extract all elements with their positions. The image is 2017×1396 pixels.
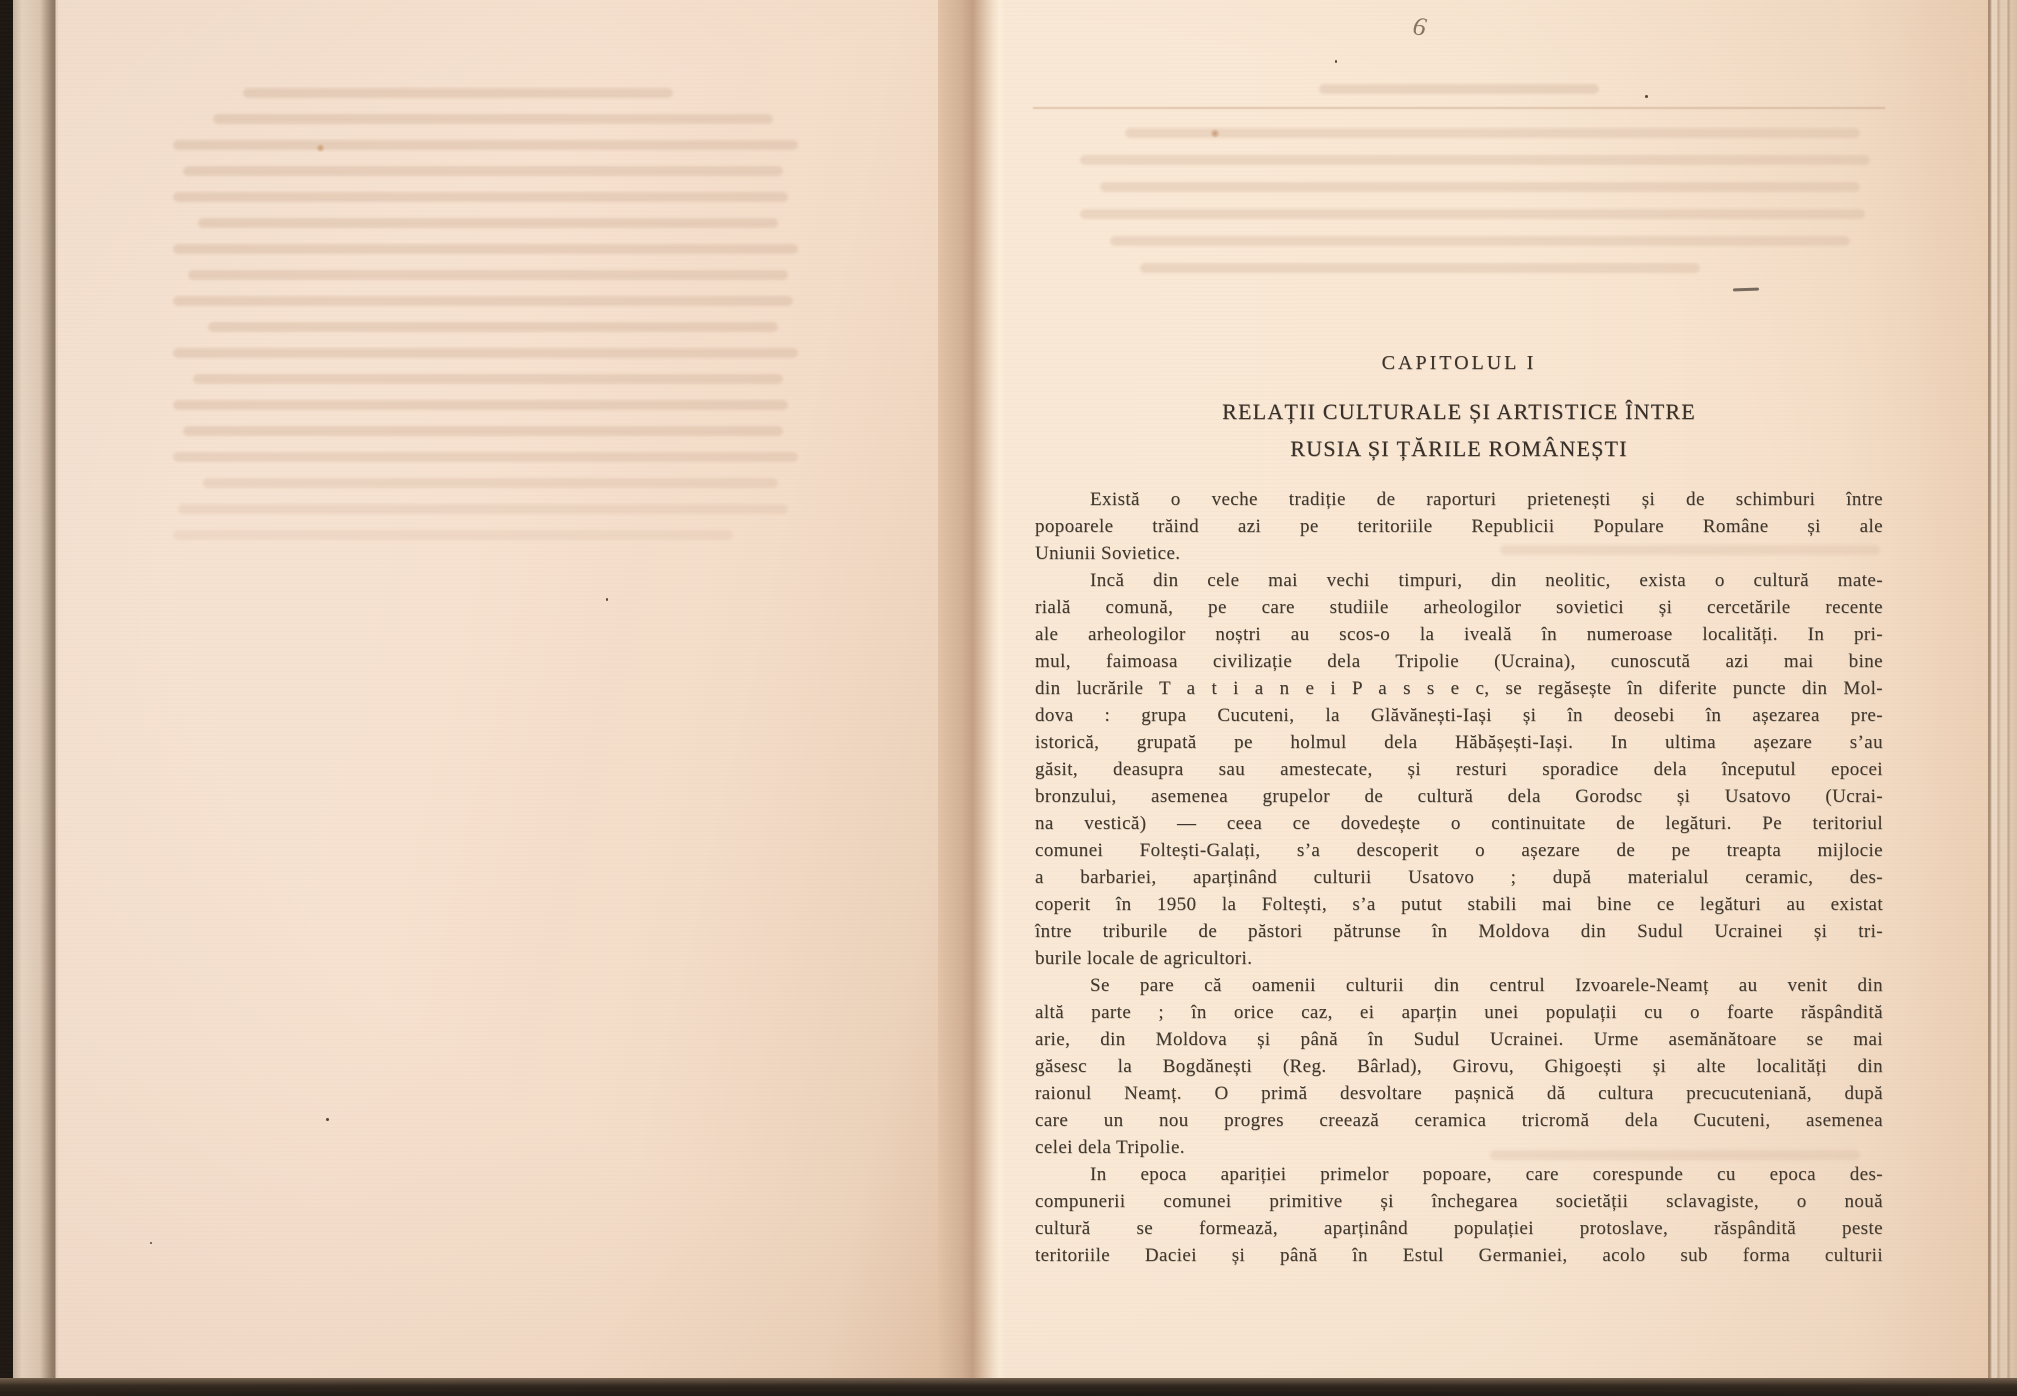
text-line: coperit în 1950 la Foltești, s’a putut s…	[1035, 891, 1883, 918]
paper-speck	[326, 1118, 329, 1121]
bleed-through-line	[1125, 128, 1860, 138]
text-line: care un nou progres creează ceramica tri…	[1035, 1107, 1883, 1134]
text-line: compunerii comunei primitive și închegar…	[1035, 1188, 1883, 1215]
bleed-through-line	[173, 400, 788, 410]
bleed-through-line	[1080, 209, 1865, 219]
bleed-through-line	[188, 270, 788, 280]
text-line: celei dela Tripolie.	[1035, 1134, 1883, 1161]
text-line: na vestică) — ceea ce dovedește o contin…	[1035, 810, 1883, 837]
foxing-spot	[1210, 129, 1220, 138]
text-line: Incă din cele mai vechi timpuri, din neo…	[1035, 567, 1883, 594]
bleed-through-header	[1035, 84, 1883, 94]
bleed-through-line	[183, 166, 783, 176]
pencil-dash-mark	[1733, 288, 1759, 292]
text-line: comunei Foltești-Galați, s’a descoperit …	[1035, 837, 1883, 864]
bleed-through-line	[173, 348, 798, 358]
paper-speck	[150, 1242, 152, 1244]
text-line: din lucrările T a t i a n e i P a s s e …	[1035, 675, 1883, 702]
scan-edge-bottom	[0, 1378, 2017, 1396]
bleed-through-line	[173, 244, 798, 254]
text-line: dova : grupa Cucuteni, la Glăvănești-Iaș…	[1035, 702, 1883, 729]
bleed-through-text-right	[1080, 128, 1880, 290]
text-line: ale arheologilor noștri au scos-o la ive…	[1035, 621, 1883, 648]
text-line: mul, faimoasa civilizație dela Tripolie …	[1035, 648, 1883, 675]
scanned-book-spread: 6 CAPITOLUL I RELAȚII CULTURALE ȘI ARTIS…	[0, 0, 2017, 1396]
bleed-through-line	[203, 478, 778, 488]
book-title-line2: RUSIA ȘI ȚĂRILE ROMÂNEȘTI	[1035, 436, 1883, 462]
scan-edge-left	[0, 0, 58, 1382]
bleed-through-line	[193, 374, 783, 384]
bleed-through-text-left	[173, 88, 813, 556]
bleed-through-line	[173, 452, 798, 462]
bleed-through-line	[173, 530, 733, 540]
bleed-through-line	[243, 88, 673, 98]
text-line: bronzului, asemenea grupelor de cultură …	[1035, 783, 1883, 810]
text-line: Uniunii Sovietice.	[1035, 540, 1883, 567]
body-text: Există o veche tradiție de raporturi pri…	[1035, 486, 1883, 1269]
bleed-through-rule	[1033, 107, 1885, 109]
right-page: 6 CAPITOLUL I RELAȚII CULTURALE ȘI ARTIS…	[1005, 0, 1988, 1380]
text-line: In epoca apariției primelor popoare, car…	[1035, 1161, 1883, 1188]
text-line: Există o veche tradiție de raporturi pri…	[1035, 486, 1883, 513]
text-line: raionul Neamț. O primă desvoltare pașnic…	[1035, 1080, 1883, 1107]
text-line: istorică, grupată pe holmul dela Hăbășeș…	[1035, 729, 1883, 756]
text-line: burile locale de agricultori.	[1035, 945, 1883, 972]
bleed-through-line	[1110, 236, 1850, 246]
left-page	[58, 0, 938, 1380]
bleed-through-line	[183, 426, 783, 436]
bleed-through-line	[1140, 263, 1700, 273]
text-line: a barbariei, aparținând culturii Usatovo…	[1035, 864, 1883, 891]
chapter-heading: CAPITOLUL I	[1035, 352, 1883, 375]
bleed-through-line	[198, 218, 778, 228]
bleed-through-line	[173, 296, 793, 306]
gutter-shadow	[938, 0, 1005, 1380]
page-edge-stack-right	[1988, 0, 2017, 1382]
text-line: popoarele trăind azi pe teritoriile Repu…	[1035, 513, 1883, 540]
text-line: cultură se formează, aparținând populați…	[1035, 1215, 1883, 1242]
handwritten-mark: 6	[1410, 11, 1428, 43]
bleed-through-line	[208, 322, 778, 332]
bleed-through-line	[213, 114, 773, 124]
text-line: rială comună, pe care studiile arheologi…	[1035, 594, 1883, 621]
bleed-through-line	[1080, 155, 1870, 165]
bleed-through-line	[173, 192, 788, 202]
text-line: găsit, deasupra sau amestecate, și restu…	[1035, 756, 1883, 783]
text-line: arie, din Moldova și până în Sudul Ucrai…	[1035, 1026, 1883, 1053]
text-line: Se pare că oamenii culturii din centrul …	[1035, 972, 1883, 999]
paper-speck	[606, 598, 608, 601]
text-line: teritoriile Daciei și până în Estul Germ…	[1035, 1242, 1883, 1269]
bleed-through-line	[173, 140, 798, 150]
book-title-line1: RELAȚII CULTURALE ȘI ARTISTICE ÎNTRE	[1035, 399, 1883, 425]
paper-speck	[1335, 60, 1337, 63]
paper-speck	[1645, 95, 1648, 98]
foxing-spot	[316, 144, 325, 152]
text-line: între triburile de păstori pătrunse în M…	[1035, 918, 1883, 945]
text-line: altă parte ; în orice caz, ei aparțin un…	[1035, 999, 1883, 1026]
bleed-through-line	[1100, 182, 1860, 192]
text-line: găsesc la Bogdănești (Reg. Bârlad), Giro…	[1035, 1053, 1883, 1080]
bleed-through-line	[178, 504, 788, 514]
bleed-through-line	[1319, 84, 1599, 94]
